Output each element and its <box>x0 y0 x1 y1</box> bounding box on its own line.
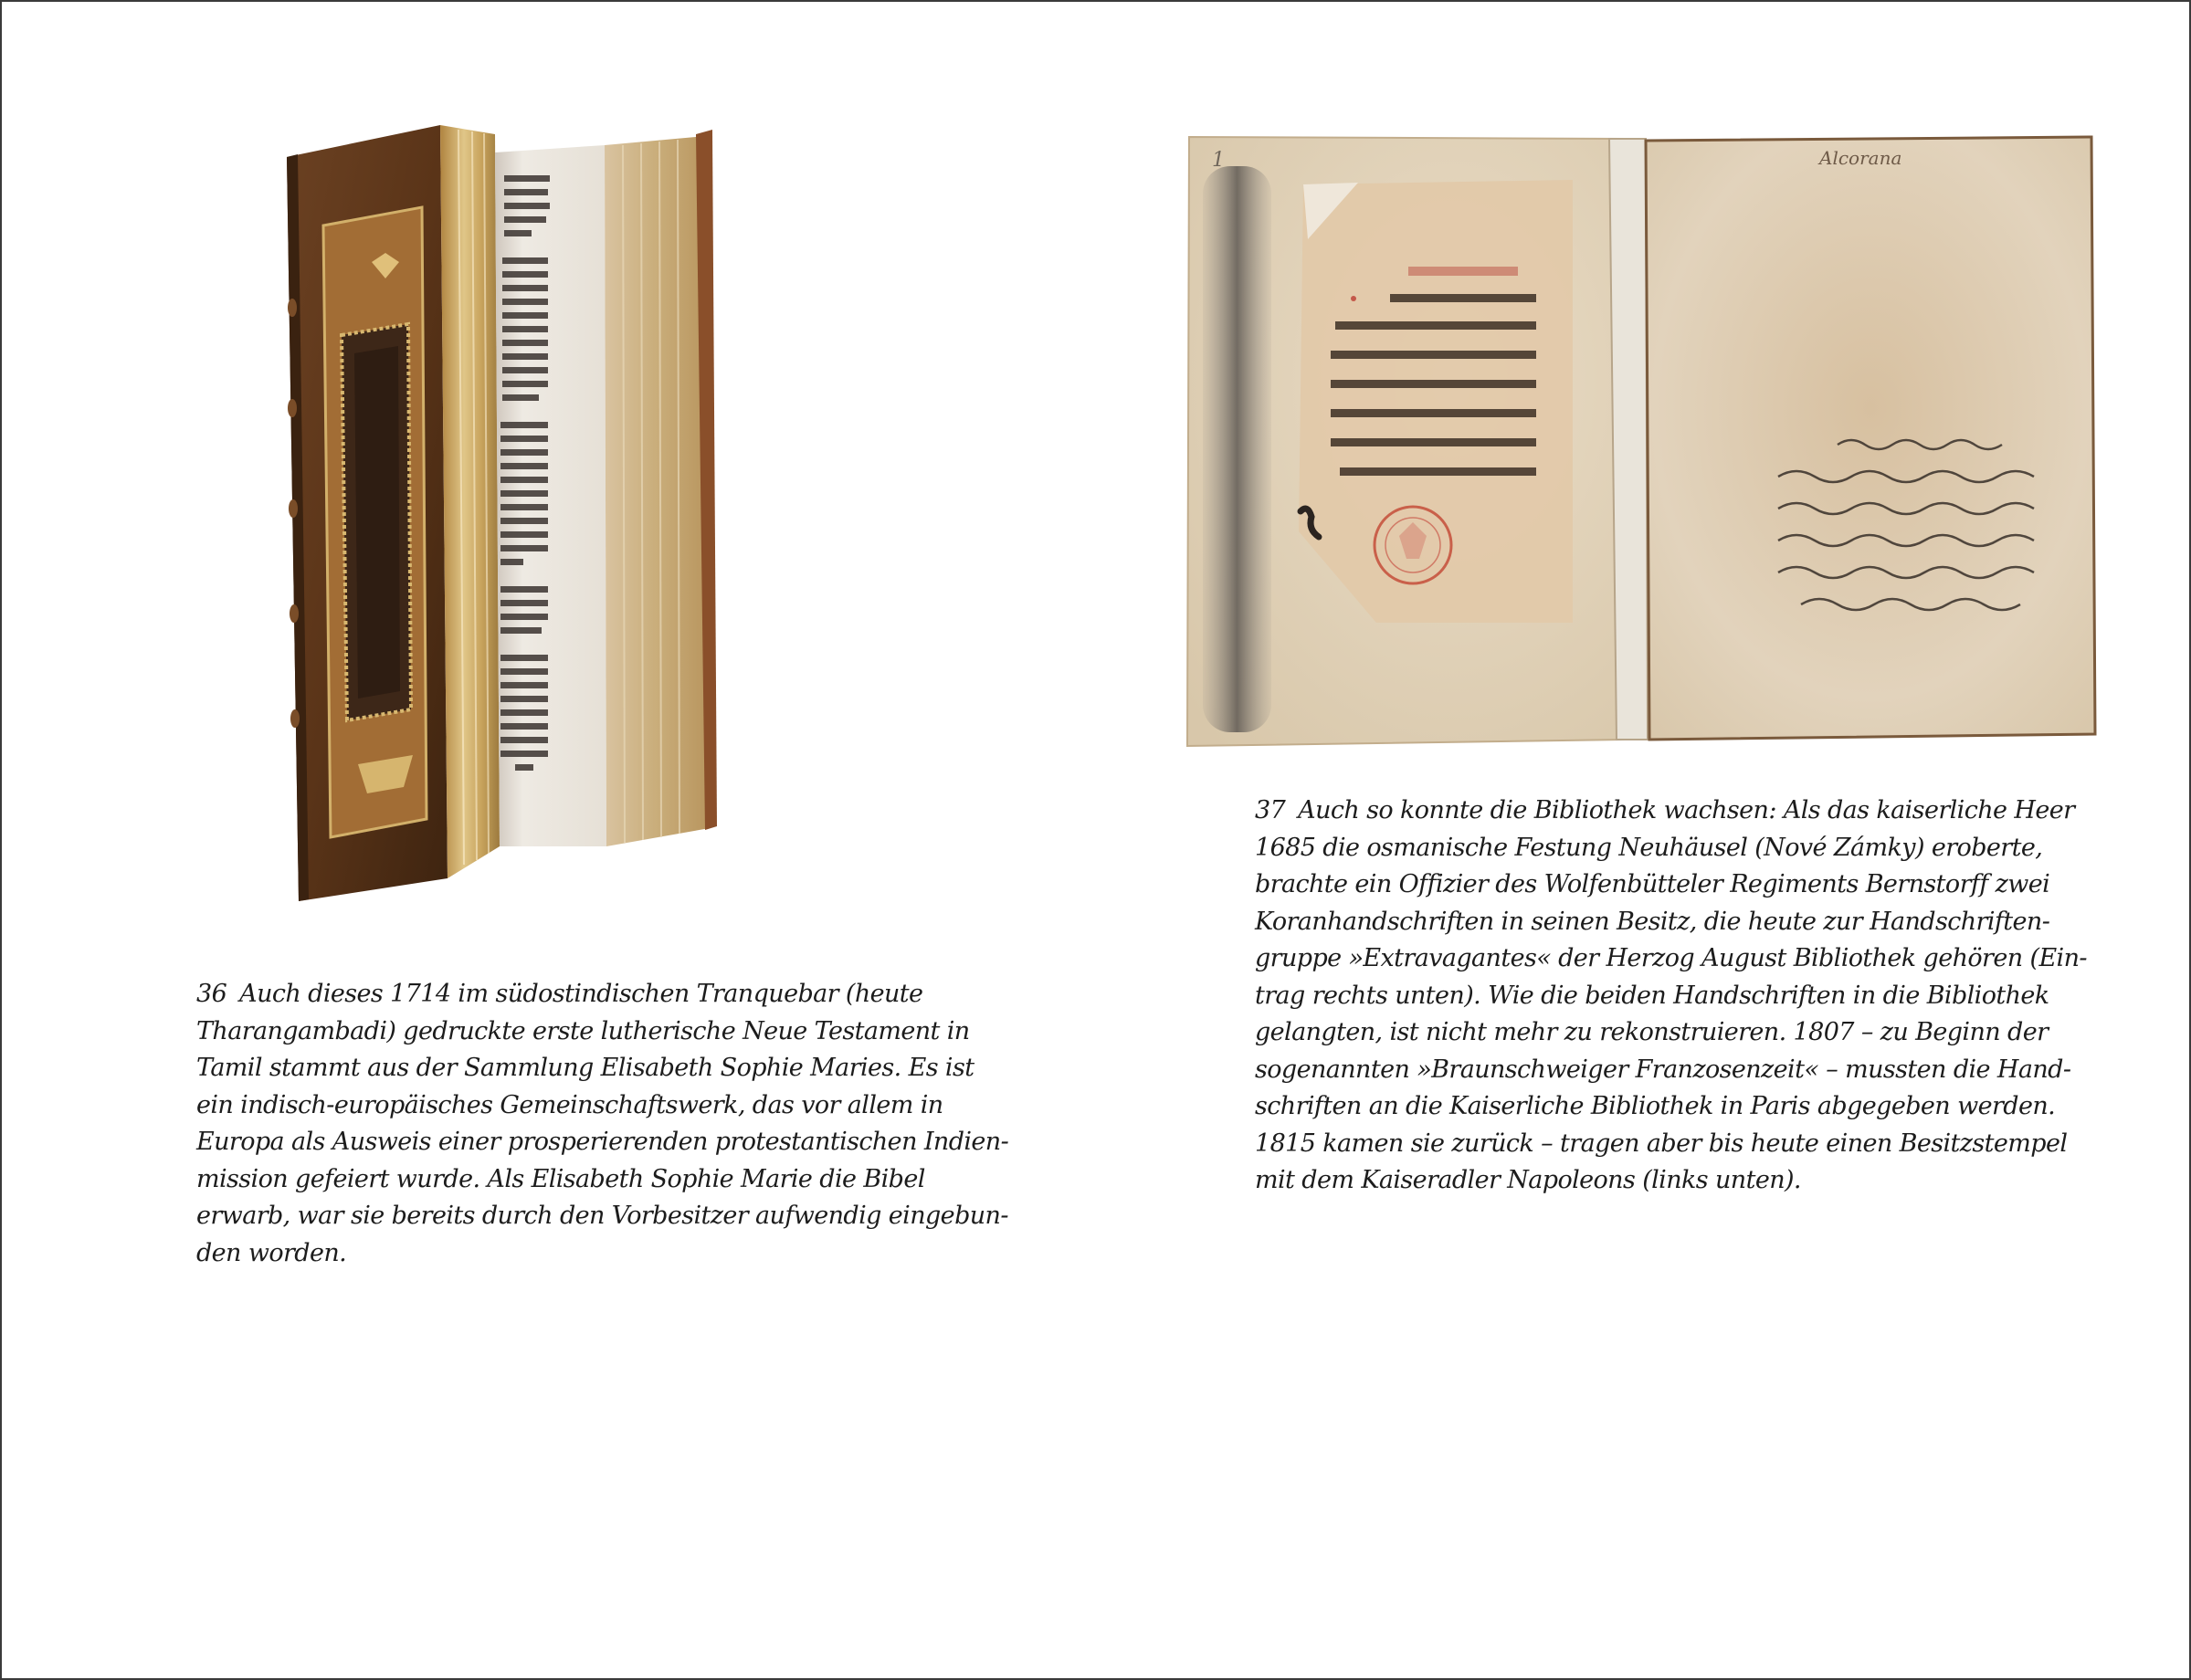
caption-line: ein indisch-europäisches Gemeinschaftswe… <box>196 1087 991 1125</box>
figure-36-caption: 36Auch dieses 1714 im südostindischen Tr… <box>196 976 991 1272</box>
koran-manuscript-illustration: 1 Alcorana <box>1180 130 2102 751</box>
figure-number: 36 <box>196 980 226 1008</box>
caption-line: den worden. <box>196 1235 991 1273</box>
caption-line: Tamil stammt aus der Sammlung Elisabeth … <box>196 1050 991 1087</box>
figure-37-caption: 37Auch so konnte die Bibliothek wachsen:… <box>1255 793 2077 1200</box>
caption-line: mit dem Kaiseradler Napoleons (links unt… <box>1255 1162 2077 1200</box>
caption-line: Tharangambadi) gedruckte erste lutherisc… <box>196 1013 991 1051</box>
caption-line: sogenannten »Braunschweiger Franzosenzei… <box>1255 1052 2077 1089</box>
book-page-spread: 36Auch dieses 1714 im südostindischen Tr… <box>0 0 2191 1680</box>
caption-line: gelangten, ist nicht mehr zu rekonstruie… <box>1255 1014 2077 1052</box>
caption-line: trag rechts unten). Wie die beiden Hands… <box>1255 978 2077 1015</box>
caption-line: gruppe »Extravagantes« der Herzog August… <box>1255 940 2077 978</box>
caption-line: brachte ein Offizier des Wolfenbütteler … <box>1255 866 2077 904</box>
tamil-bible-illustration <box>276 125 869 942</box>
caption-line: Europa als Ausweis einer prosperierenden… <box>196 1124 991 1161</box>
figure-37-koran-manuscript-photo: 1 Alcorana <box>1180 130 2102 751</box>
svg-text:Alcorana: Alcorana <box>1817 147 1901 169</box>
caption-line: 36Auch dieses 1714 im südostindischen Tr… <box>196 976 991 1013</box>
caption-line: mission gefeiert wurde. Als Elisabeth So… <box>196 1161 991 1199</box>
figure-number: 37 <box>1255 796 1285 824</box>
caption-line: schriften an die Kaiserliche Bibliothek … <box>1255 1088 2077 1126</box>
napoleonic-eagle-stamp <box>1375 507 1451 583</box>
caption-line: 1815 kamen sie zurück – tragen aber bis … <box>1255 1126 2077 1163</box>
caption-line: erwarb, war sie bereits durch den Vorbes… <box>196 1198 991 1235</box>
caption-line: 37Auch so konnte die Bibliothek wachsen:… <box>1255 793 2077 830</box>
svg-text:1: 1 <box>1212 149 1225 172</box>
caption-line: Koranhandschriften in seinen Besitz, die… <box>1255 904 2077 941</box>
figure-36-tamil-bible-photo <box>276 125 869 942</box>
caption-line: 1685 die osmanische Festung Neuhäusel (N… <box>1255 830 2077 867</box>
